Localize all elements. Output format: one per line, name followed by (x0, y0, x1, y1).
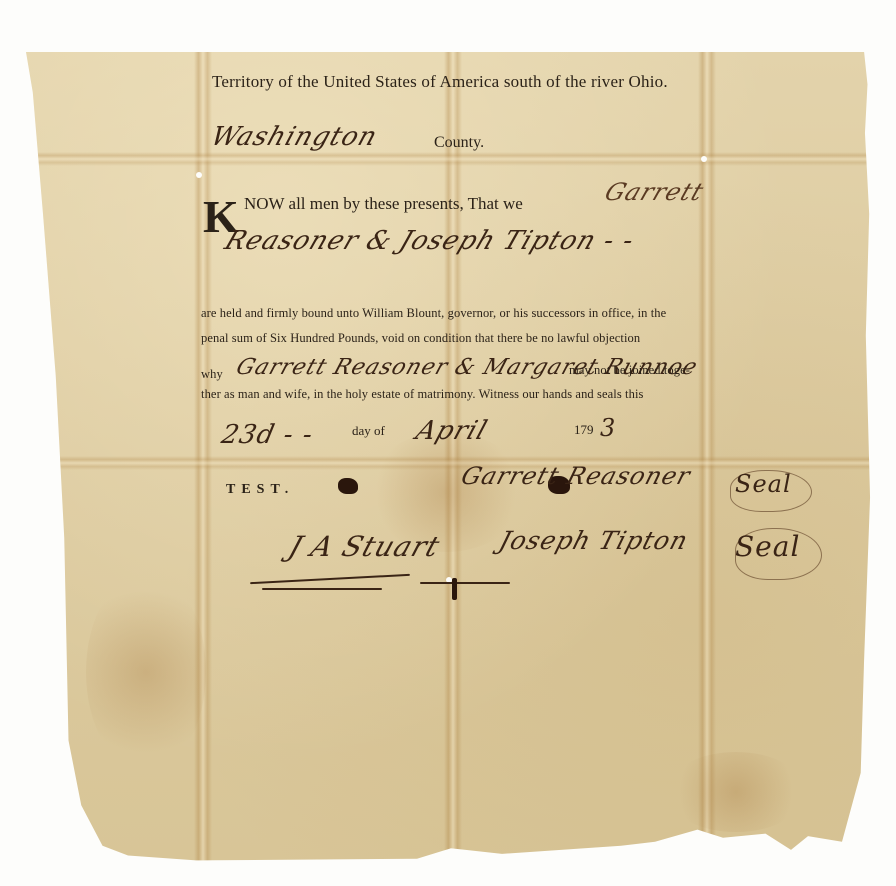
county-label: County. (434, 134, 484, 152)
witness-signature: J A Stuart (285, 530, 445, 563)
fold-line-horizontal (26, 152, 876, 166)
age-stain (86, 572, 206, 772)
handwritten-bound-names: Reasoner & Joseph Tipton - - (221, 226, 639, 256)
handwritten-day: 23d - - (219, 420, 316, 450)
body-line-3-prefix: why (201, 367, 223, 382)
opening-text: NOW all men by these presents, That we (244, 194, 523, 214)
ink-blot (338, 478, 358, 494)
signature-flourish (420, 582, 510, 584)
ink-mark (452, 578, 457, 600)
body-line-3-suffix: may not be joined toge- (569, 363, 690, 378)
day-of-label: day of (352, 423, 385, 439)
seal-label-2: Seal (735, 530, 800, 563)
handwritten-year-digit: 3 (600, 414, 616, 442)
principal-signature: Garrett Reasoner (458, 462, 694, 490)
body-line-1: are held and firmly bound unto William B… (201, 306, 666, 321)
document-paper (26, 52, 876, 862)
paper-hole (196, 172, 202, 178)
surety-signature: Joseph Tipton (496, 526, 692, 555)
body-line-2: penal sum of Six Hundred Pounds, void on… (201, 331, 640, 346)
age-stain (666, 752, 806, 832)
handwritten-first-name: Garrett (601, 178, 708, 206)
handwritten-county-name: Washington (207, 122, 381, 152)
document-heading: Territory of the United States of Americ… (212, 72, 668, 92)
signature-flourish (262, 588, 382, 590)
paper-hole (701, 156, 707, 162)
body-line-4: ther as man and wife, in the holy estate… (201, 387, 643, 402)
printed-year: 179 (574, 422, 594, 438)
seal-label-1: Seal (735, 470, 792, 498)
test-label: TEST. (226, 482, 294, 498)
handwritten-month: April (412, 416, 491, 446)
